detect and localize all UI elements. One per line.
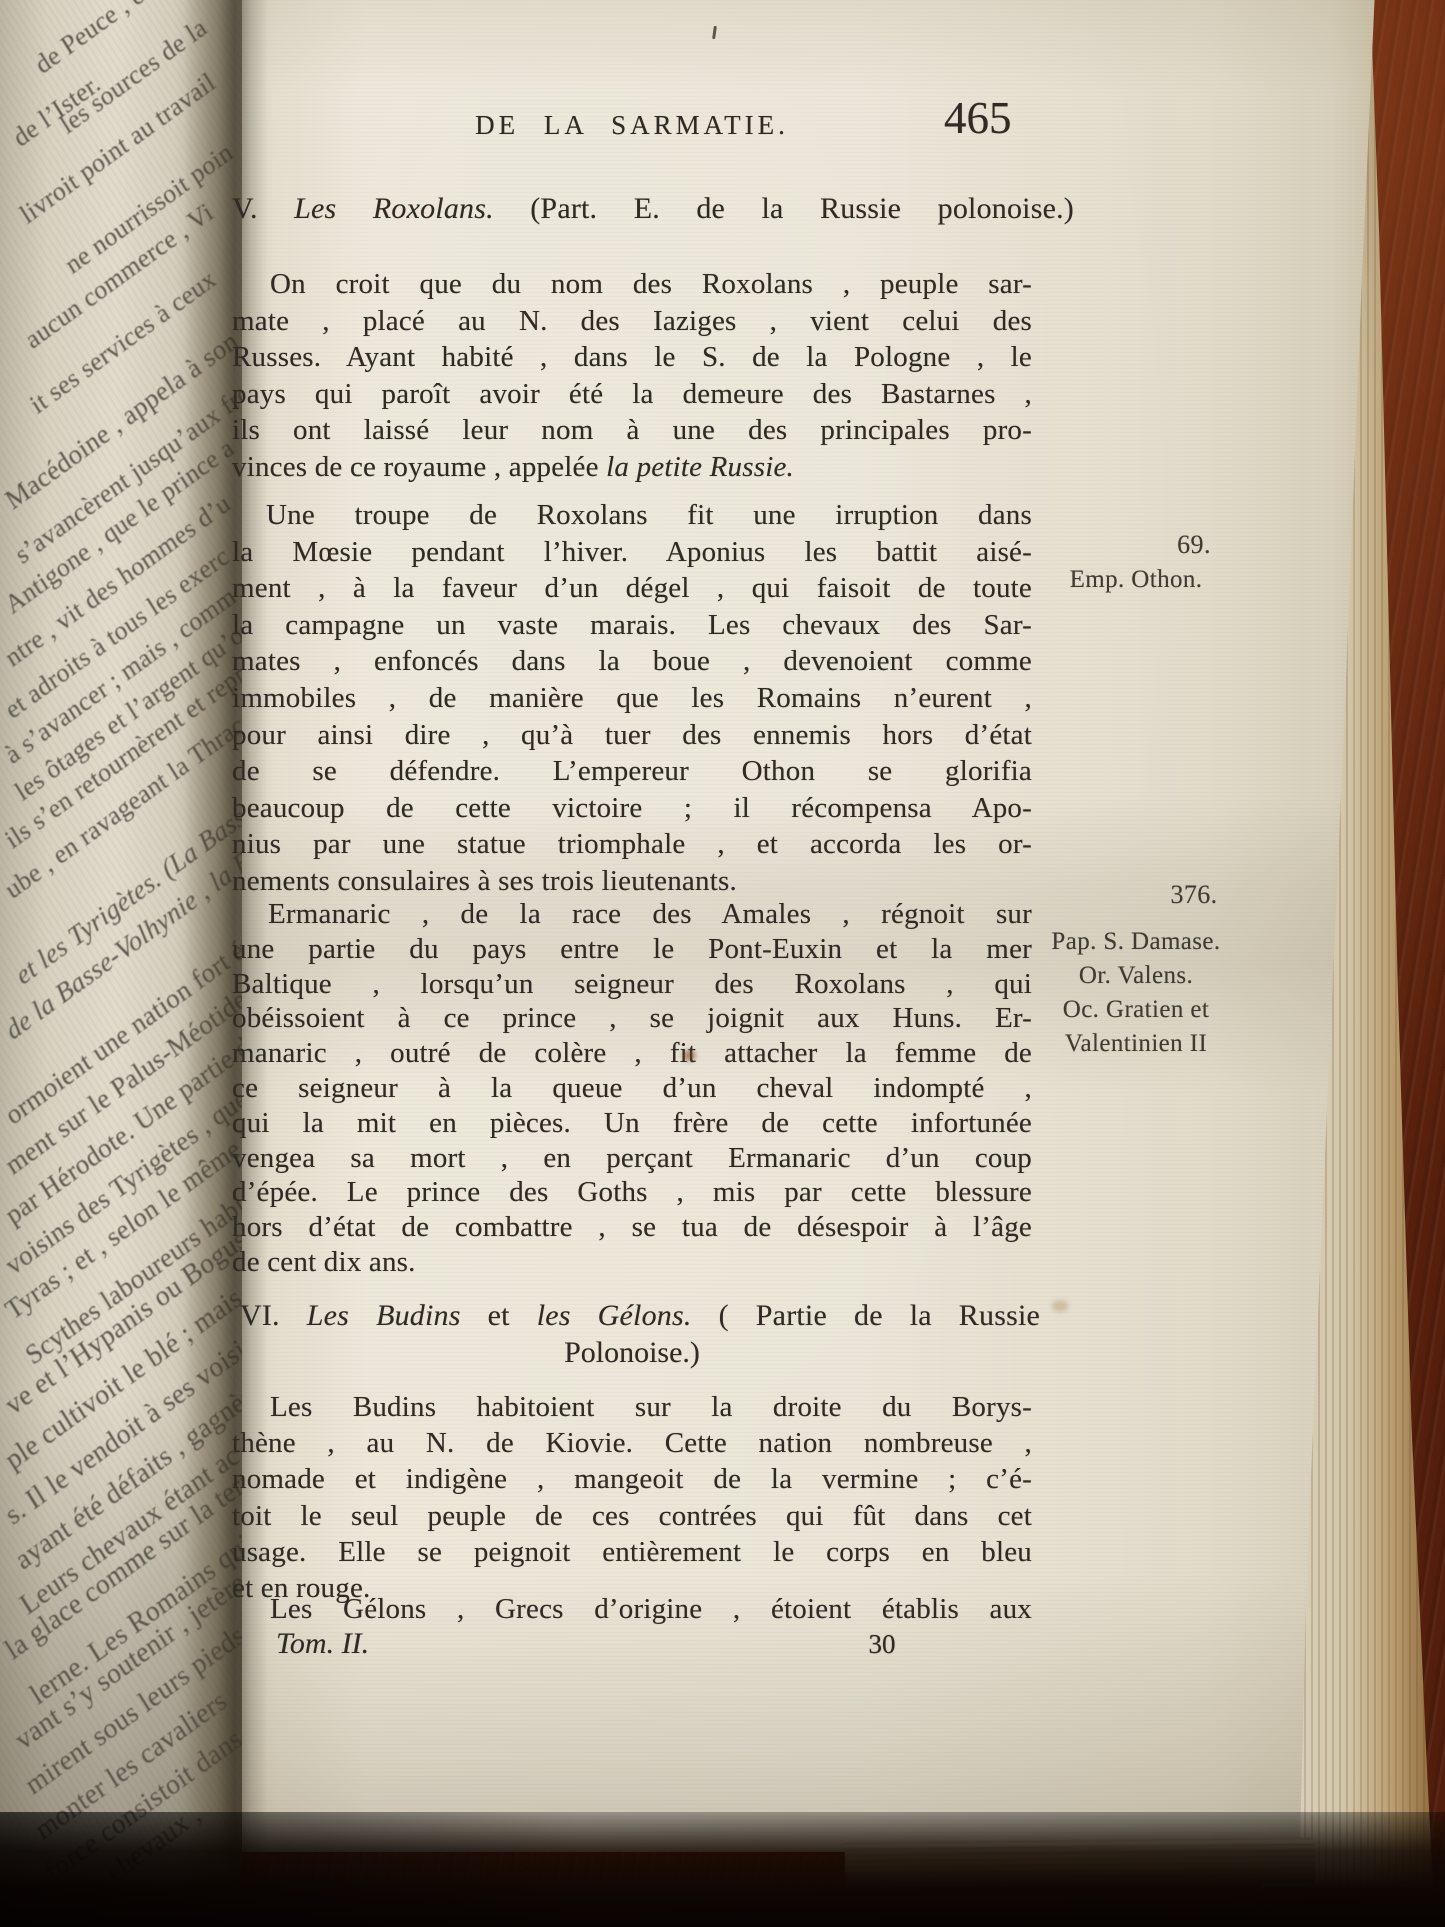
signature-mark: 30 — [852, 1629, 912, 1660]
text-line: Ermanaric , de la race des Amales , régn… — [232, 897, 1032, 932]
margin-ruler-note: Emp. Othon. — [1034, 566, 1238, 594]
text-line: de cent dix ans. — [232, 1245, 1032, 1280]
text-line: Les Budins habitoient sur la droite du B… — [232, 1389, 1032, 1425]
margin-ruler-note: Pap. S. Damase. — [1034, 928, 1238, 956]
foxing-spot — [1052, 1300, 1068, 1312]
text-run: et — [461, 1299, 537, 1332]
paragraph-moesie-othon: Une troupe de Roxolans fit une irruption… — [232, 497, 1032, 900]
stray-ink-mark — [712, 26, 717, 39]
text-line: vinces de ce royaume , appelée la petite… — [232, 449, 1032, 486]
italic-text-run: la petite Russie. — [606, 451, 794, 483]
section-heading-vi-line2: Polonoise.) — [232, 1336, 1032, 1370]
text-line: On croit que du nom des Roxolans , peupl… — [232, 266, 1032, 303]
text-line: mates , enfoncés dans la boue , devenoie… — [232, 643, 1032, 680]
margin-year-note: 376. — [1146, 880, 1242, 910]
text-line: Baltique , lorsqu’un seigneur des Roxola… — [232, 967, 1032, 1002]
italic-text-run: les Gélons. — [537, 1299, 692, 1332]
text-line: ce seigneur à la queue d’un cheval indom… — [232, 1071, 1032, 1106]
page-number: 465 — [944, 92, 1054, 144]
table-shadow-band — [0, 1812, 1445, 1927]
margin-ruler-note: Valentinien II — [1034, 1030, 1238, 1058]
text-line: qui la mit en pièces. Un frère de cette … — [232, 1106, 1032, 1141]
text-line: Russes. Ayant habité , dans le S. de la … — [232, 339, 1032, 376]
paragraph-ermanaric: Ermanaric , de la race des Amales , régn… — [232, 897, 1032, 1280]
text-run: vinces de ce royaume , appelée — [232, 451, 606, 483]
foxing-spot — [682, 1050, 696, 1061]
text-line: vengea sa mort , en perçant Ermanaric d’… — [232, 1141, 1032, 1176]
text-run: ( Partie de la Russie — [692, 1299, 1040, 1332]
text-run: (Part. E. de la Russie polonoise.) — [494, 192, 1074, 225]
text-line: pour ainsi dire , qu’à tuer des ennemis … — [232, 717, 1032, 754]
text-line: une partie du pays entre le Pont-Euxin e… — [232, 932, 1032, 967]
section-heading-vi-line1: VI. Les Budins et les Gélons. ( Partie d… — [240, 1297, 1040, 1335]
text-line: manaric , outré de colère , fit attacher… — [232, 1036, 1032, 1071]
text-line: nomade et indigène , mangeoit de la verm… — [232, 1461, 1032, 1497]
margin-ruler-note: Oc. Gratien et — [1034, 996, 1238, 1024]
text-run: V. — [232, 192, 294, 225]
text-line: de se défendre. L’empereur Othon se glor… — [232, 753, 1032, 790]
text-line: la campagne un vaste marais. Les chevaux… — [232, 607, 1032, 644]
paragraph-budins: Les Budins habitoient sur la droite du B… — [232, 1389, 1032, 1606]
book-photo-on-wood-table: de Peuce , et celles sources de lade l’I… — [0, 0, 1445, 1927]
text-line: mate , placé au N. des Iaziges , vient c… — [232, 303, 1032, 340]
paragraph-gelons: Les Gélons , Grecs d’origine , étoient é… — [232, 1591, 1032, 1627]
text-line: Les Gélons , Grecs d’origine , étoient é… — [232, 1591, 1032, 1627]
text-line: ment , à la faveur d’un dégel , qui fais… — [232, 570, 1032, 607]
footer-volume-label: Tom. II. — [276, 1627, 369, 1661]
section-heading-v: V. Les Roxolans. (Part. E. de la Russie … — [232, 190, 1074, 228]
text-line: thène , au N. de Kiovie. Cette nation no… — [232, 1425, 1032, 1461]
text-line: Une troupe de Roxolans fit une irruption… — [232, 497, 1032, 534]
text-line: nements consulaires à ses trois lieutena… — [232, 863, 1032, 900]
margin-ruler-note: Or. Valens. — [1034, 962, 1238, 990]
text-line: pays qui paroît avoir été la demeure des… — [232, 376, 1032, 413]
text-run: VI. — [240, 1299, 307, 1332]
paragraph-roxolans-origin: On croit que du nom des Roxolans , peupl… — [232, 266, 1032, 485]
italic-text-run: Les Roxolans. — [294, 192, 494, 225]
italic-text-run: Les Budins — [307, 1299, 461, 1332]
text-line: immobiles , de manière que les Romains n… — [232, 680, 1032, 717]
text-line: toit le seul peuple de ces contrées qui … — [232, 1498, 1032, 1534]
text-line: hors d’état de combattre , se tua de dés… — [232, 1210, 1032, 1245]
text-line: ils ont laissé leur nom à une des princi… — [232, 412, 1032, 449]
text-line: nius par une statue triomphale , et acco… — [232, 826, 1032, 863]
text-line: la Mœsie pendant l’hiver. Aponius les ba… — [232, 534, 1032, 571]
margin-year-note: 69. — [1146, 530, 1242, 560]
text-line: d’épée. Le prince des Goths , mis par ce… — [232, 1175, 1032, 1210]
running-head: DE LA SARMATIE. — [352, 110, 912, 141]
text-line: obéissoient à ce prince , se joignit aux… — [232, 1001, 1032, 1036]
text-line: usage. Elle se peignoit entièrement le c… — [232, 1534, 1032, 1570]
right-page-content: DE LA SARMATIE. 465 V. Les Roxolans. (Pa… — [0, 0, 1445, 1927]
text-line: beaucoup de cette victoire ; il récompen… — [232, 790, 1032, 827]
